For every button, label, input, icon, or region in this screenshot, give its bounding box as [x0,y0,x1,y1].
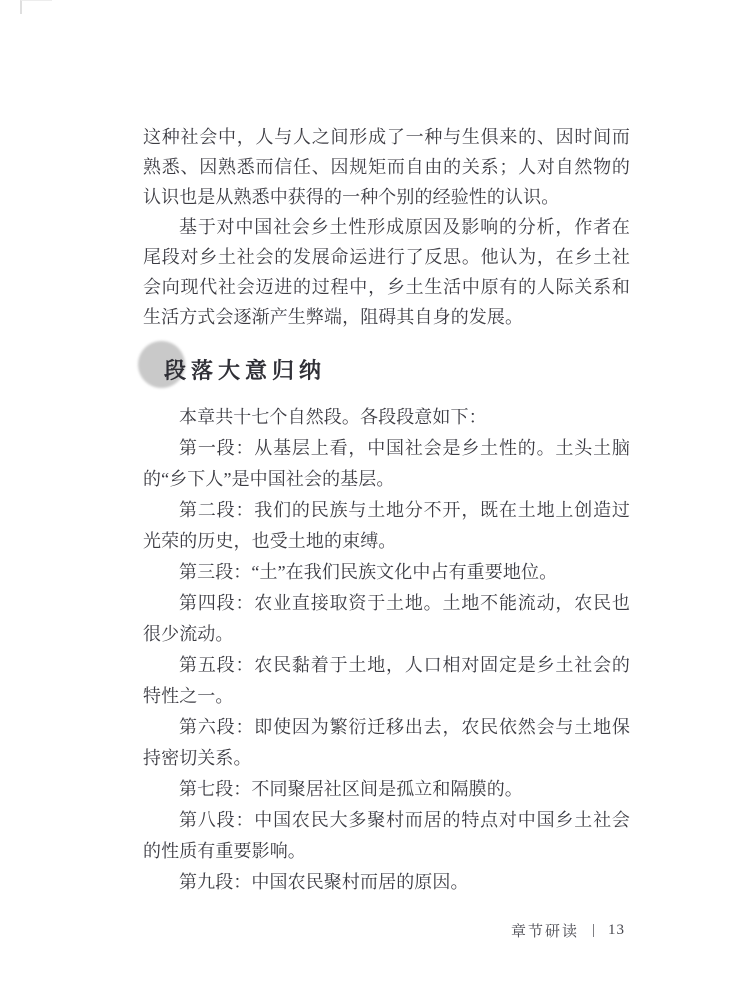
list-item-1: 第一段：从基层上看，中国社会是乡土性的。土头土脑的“乡下人”是中国社会的基层。 [143,433,630,495]
page-content: 这种社会中，人与人之间形成了一种与生俱来的、因时间而熟悉、因熟悉而信任、因规矩而… [143,122,630,898]
page-number: 13 [608,922,625,939]
paragraph-summary-list: 本章共十七个自然段。各段段意如下： 第一段：从基层上看，中国社会是乡土性的。土头… [143,402,630,898]
list-item-4: 第四段：农业直接取资于土地。土地不能流动，农民也很少流动。 [143,588,630,650]
running-title: 章节研读 [511,920,579,941]
list-item-2: 第二段：我们的民族与土地分不开，既在土地上创造过光荣的历史，也受土地的束缚。 [143,495,630,557]
footer-separator: | [592,922,595,939]
list-item-7: 第七段：不同聚居社区间是孤立和隔膜的。 [143,774,630,805]
section-heading-block: 段落大意归纳 [143,354,630,388]
summary-intro: 本章共十七个自然段。各段段意如下： [143,402,630,433]
list-item-5: 第五段：农民黏着于土地，人口相对固定是乡土社会的特性之一。 [143,650,630,712]
body-paragraph: 基于对中国社会乡土性形成原因及影响的分析，作者在尾段对乡土社会的发展命运进行了反… [143,212,630,332]
book-page: 这种社会中，人与人之间形成了一种与生俱来的、因时间而熟悉、因熟悉而信任、因规矩而… [0,0,750,1000]
list-item-6: 第六段：即使因为繁衍迁移出去，农民依然会与土地保持密切关系。 [143,712,630,774]
list-item-3: 第三段：“土”在我们民族文化中占有重要地位。 [143,557,630,588]
page-corner-artifact [20,0,52,14]
page-footer: 章节研读 | 13 [511,920,625,941]
body-paragraph-continuation: 这种社会中，人与人之间形成了一种与生俱来的、因时间而熟悉、因熟悉而信任、因规矩而… [143,122,630,212]
list-item-9: 第九段：中国农民聚村而居的原因。 [143,867,630,898]
section-heading: 段落大意归纳 [143,354,326,388]
list-item-8: 第八段：中国农民大多聚村而居的特点对中国乡土社会的性质有重要影响。 [143,805,630,867]
